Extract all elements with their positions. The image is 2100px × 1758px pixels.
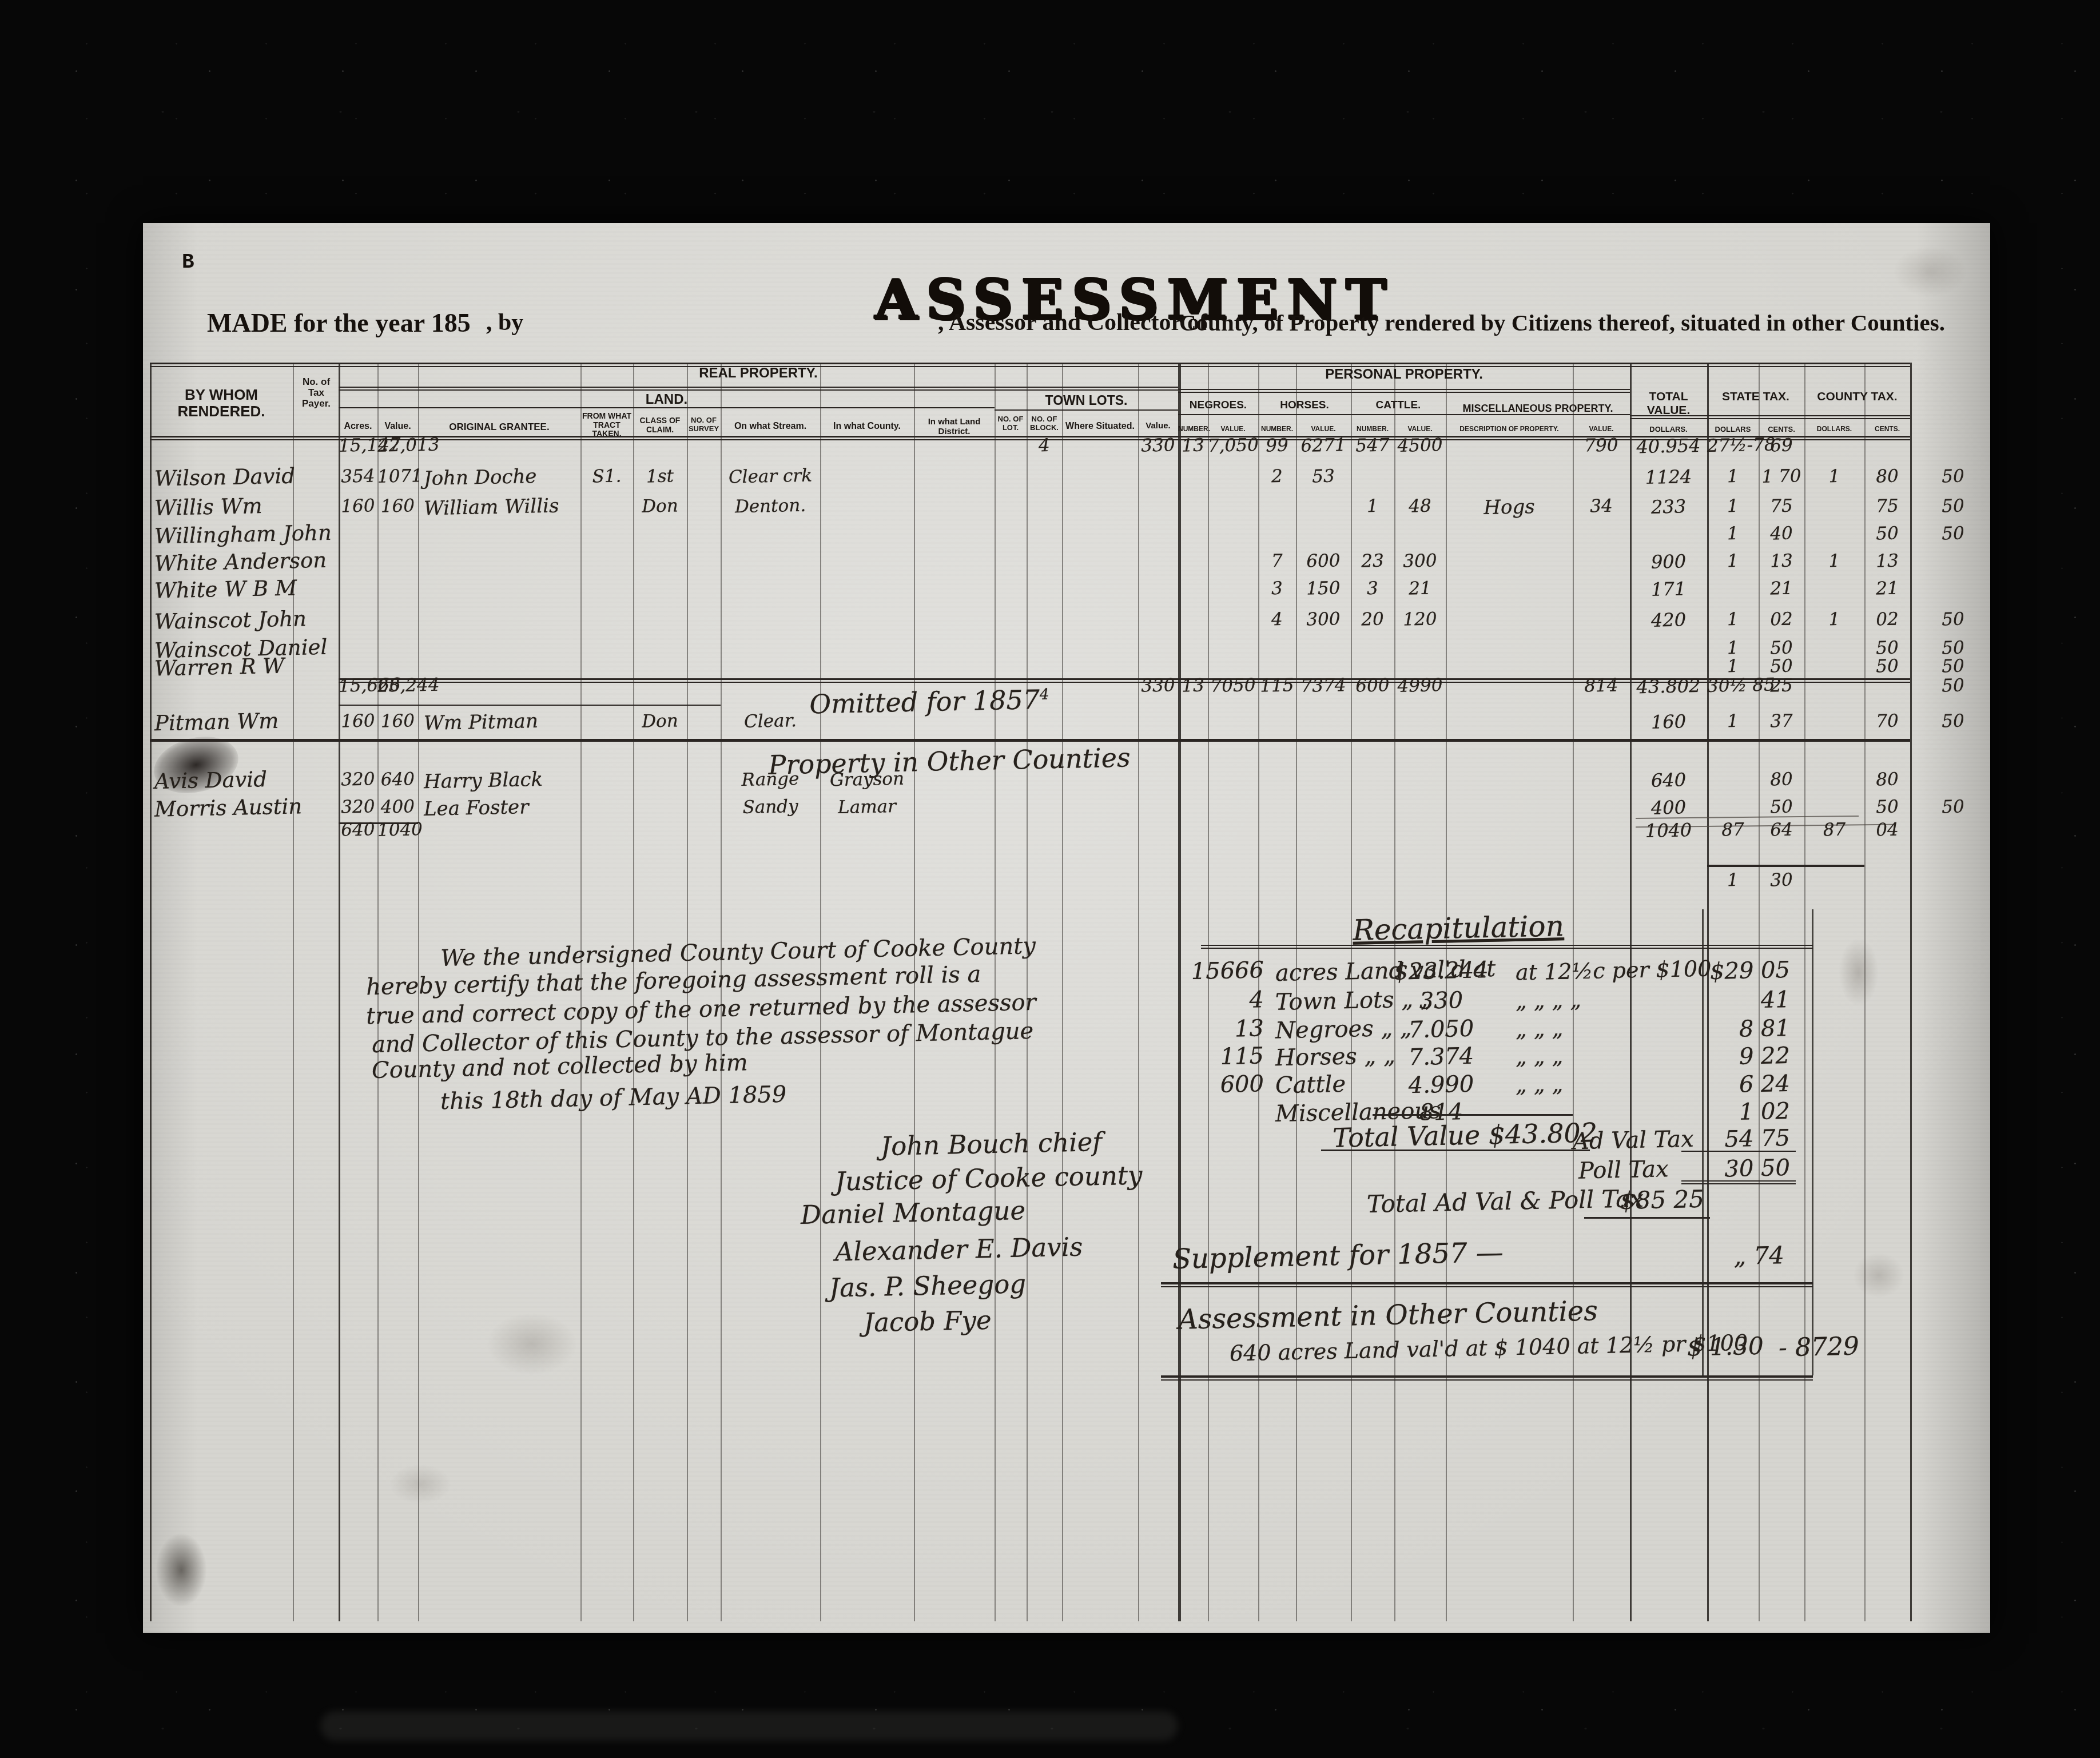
table-column-line [1910,363,1912,1621]
col-header-in_county: In what County. [820,421,914,432]
row-name-willis: Willis Wm [154,495,262,519]
cell-totals-margin: 50 [1916,677,1991,696]
cell-pitman-countyc: 70 [1864,712,1911,731]
cell-willis-statec: 75 [1759,497,1805,516]
cell-carry-stated: 27½-78 [1707,436,1759,455]
cell-totals-total: 43.802 [1630,677,1708,697]
cell-morris-acres: 320 [339,798,378,816]
cell-carry-horseno: 99 [1258,436,1296,455]
cell-pitman-acres: 160 [339,712,378,730]
cell-totals-stated: 30½ 85 [1707,677,1759,695]
stain [156,1533,207,1607]
cell-carry-cattleno: 547 [1351,436,1395,455]
col-header-desc_property: DESCRIPTION OF PROPERTY. [1446,425,1573,433]
col-header-value_small: VALUE. [1296,425,1351,433]
col-header-value_small: VALUE. [1208,425,1258,433]
cell-carry-horseval: 6271 [1296,436,1351,455]
row-name-warren: Warren R W [154,655,285,679]
col-header-stream: On what Stream. [721,421,820,432]
col-header-block: NO. OF BLOCK. [1027,415,1062,432]
table-rule [1681,1183,1796,1184]
table-column-line [1138,363,1139,1621]
cell-morris-value: 400 [377,798,419,816]
cell-carry-block: 4 [1027,436,1063,455]
col-header-taxpayer: No. of Tax Payer. [294,376,339,409]
table-column-line [1864,363,1866,1621]
cell-willis-stream: Denton. [721,496,821,516]
stain [1853,1252,1904,1298]
cell-pitman-value: 160 [377,712,419,730]
cell-willis-cattleval: 48 [1394,497,1446,516]
cell-sum-statec: 64 [1759,821,1805,840]
table-rule [150,739,1910,742]
recap-amount: 9 22 [1681,1044,1791,1069]
cell-wilson-value: 1071 [377,467,419,486]
cell-white_a-countyd: 1 [1804,552,1865,571]
recap-adval-amount: 54 75 [1681,1127,1791,1152]
col-header-misc_property: MISCELLANEOUS PROPERTY. [1446,403,1630,414]
cell-white_wbm-statec: 21 [1759,579,1805,598]
row-name-wilson: Wilson David [154,465,296,489]
cell-pitman-statec: 37 [1759,712,1805,731]
cell-warren-stated: 1 [1707,657,1759,676]
table-rule [1161,1379,1813,1381]
other-counties-amount: $ 1.30 [1687,1334,1764,1360]
cell-willis-clazz: Don [633,497,687,516]
cell-wilson-stream: Clear crk [721,467,821,487]
cell-totals-horseval: 7374 [1296,677,1351,695]
col-header-tract: FROM WHAT TRACT TAKEN. [580,412,633,439]
cell-warren-margin: 50 [1916,657,1991,677]
recap-amount: $29 05 [1681,958,1791,984]
row-name-morris: Morris Austin [154,796,303,820]
stain [1893,246,1967,297]
cell-totals-acres: 15,666 [339,677,378,695]
col-header-survey: NO. OF SURVEY [687,416,721,433]
recap-poll-amount: 30 50 [1681,1156,1791,1182]
cell-totals-negno: 13 [1178,677,1208,695]
recap-amount: 1 02 [1681,1100,1791,1125]
signature: Alexander E. Davis [835,1234,1083,1264]
cell-totals-value: 23,244 [377,677,419,695]
table-rule [1178,389,1630,390]
cell-white_a-statec: 13 [1759,552,1805,571]
table-rule [1630,418,1910,419]
cell-totals-negval: 7050 [1208,677,1259,695]
cell-white_wbm-horseval: 150 [1296,579,1351,598]
table-rule [339,387,1178,388]
table-column-line [150,363,152,1621]
recap-title: Recapitulation [1344,912,1573,945]
row-name-white_wbm: White W B M [154,577,297,601]
cell-wainscot_j-cattleval: 120 [1394,610,1446,629]
col-header-town_lots: TOWN LOTS. [995,393,1178,408]
col-header-dollars2: DOLLARS [1707,425,1759,434]
table-rule [1161,1282,1813,1284]
cell-wainscot_d-countyc: 50 [1864,639,1911,658]
cell-morris-grantee: Lea Foster [424,797,529,819]
recap-total-value: Total Value $43.802 [1333,1119,1598,1151]
stain [389,1464,452,1504]
col-header-cattle: CATTLE. [1351,399,1446,411]
cell-willingham-statec: 40 [1759,524,1805,543]
cell-wainscot_j-horseno: 4 [1258,610,1296,629]
col-header-by_whom: BY WHOM RENDERED. [150,387,293,420]
row-name-wainscot_j: Wainscot John [154,608,307,633]
omitted-superscript: 4 [1040,686,1049,703]
supplement-amount: „ 74 [1681,1243,1785,1270]
table-column-line [1062,363,1063,1621]
table-column-line [1630,363,1632,1621]
table-rule [1178,392,1630,393]
recap-amount: 6 24 [1681,1072,1791,1097]
cell-willingham-stated: 1 [1707,524,1759,543]
cell-extra_tax-statec: 30 [1759,871,1805,890]
cell-white_a-countyc: 13 [1864,552,1911,571]
cell-avis-acres: 320 [339,770,378,789]
cell-sum-acres: 640 [339,821,378,839]
stain [1839,938,1879,1007]
recap-adval-label: Ad Val Tax [1573,1128,1695,1153]
cell-wilson-horseno: 2 [1258,467,1296,486]
cell-wilson-statec: 1 70 [1759,467,1805,486]
supplement-label: Supplement for 1857 — [1172,1239,1504,1273]
col-header-state_tax: STATE TAX. [1707,390,1804,404]
other-counties-line: 640 acres Land val'd at $ 1040 at 12½ pr… [1230,1332,1748,1365]
col-header-negroes: NEGROES. [1178,399,1258,411]
cell-wilson-tract: S1. [580,467,634,486]
cell-totals-miscval: 814 [1573,677,1630,695]
col-header-value_small: VALUE. [1394,425,1446,433]
recap-rate: „ „ „ „ [1516,989,1582,1012]
cell-carry-negno: 13 [1178,436,1208,455]
cell-willis-miscdesc: Hogs [1446,496,1573,519]
cell-avis-total: 640 [1630,770,1708,790]
col-header-number: NUMBER. [1258,425,1296,433]
cell-wilson-countyd: 1 [1804,467,1865,486]
cell-wainscot_d-statec: 50 [1759,639,1805,658]
recap-amount: 8 81 [1681,1017,1791,1042]
col-header-dollars: DOLLARS. [1804,425,1864,433]
page-mark: B [182,250,194,274]
cell-white_wbm-cattleno: 3 [1351,579,1395,598]
cell-white_a-horseno: 7 [1258,552,1296,570]
recap-qty: 15666 [1172,958,1264,983]
cell-carry-value: 22,013 [377,436,419,455]
made-by-label: , by [486,309,523,336]
cell-carry-cattleval: 4500 [1394,436,1446,455]
cell-extra_tax-stated: 1 [1707,871,1759,890]
cell-willis-total: 233 [1630,497,1708,517]
cell-avis-statec: 80 [1759,770,1805,789]
photo-smear [320,1711,1178,1741]
cell-white_wbm-countyc: 21 [1864,579,1911,598]
cell-willis-cattleno: 1 [1351,497,1395,516]
cell-carry-statec: 69 [1759,436,1805,455]
table-rule [150,363,1910,364]
cell-white_wbm-total: 171 [1630,579,1708,599]
table-rule [1201,945,1813,946]
table-column-line [339,363,340,1621]
cell-pitman-grantee: Wm Pitman [424,711,538,733]
cell-totals-statec: 25 [1759,677,1805,695]
col-header-acres: Acres. [339,421,377,432]
signature: Jas. P. Sheegog [829,1271,1027,1300]
recap-amount: 41 [1681,988,1791,1013]
col-header-number: NUMBER. [1351,425,1394,433]
cell-sum-countyc: 04 [1864,821,1911,840]
cell-willis-countyc: 75 [1864,497,1911,516]
col-header-total_value: TOTAL VALUE. [1630,390,1707,417]
cell-willingham-margin: 50 [1916,524,1991,544]
other-counties-assessment-heading: Assessment in Other Counties [1178,1297,1598,1333]
cell-wainscot_j-total: 420 [1630,610,1708,630]
recap-rate: „ „ „ [1516,1045,1564,1068]
col-header-land: LAND. [339,392,995,408]
certificate-line: this 18th day of May AD 1859 [440,1083,787,1113]
cell-sum-value: 1040 [377,821,419,839]
cell-warren-countyc: 50 [1864,657,1911,676]
col-header-value: Value. [377,421,418,432]
cell-wilson-margin: 50 [1916,467,1991,487]
cell-sum-countyd: 87 [1804,821,1865,840]
cell-pitman-clazz: Don [633,712,687,731]
table-rule [1178,414,1630,415]
table-rule [1161,1286,1813,1287]
cell-warren-statec: 50 [1759,657,1805,676]
recap-qty: 115 [1172,1044,1264,1069]
cell-wainscot_d-margin: 50 [1916,639,1991,658]
cell-wainscot_j-countyc: 02 [1864,610,1911,629]
recap-value: 4.990 [1373,1072,1510,1097]
omitted-note: Omitted for 18574 [721,684,1139,719]
col-header-cents: CENTS. [1864,425,1910,433]
cell-wainscot_j-stated: 1 [1707,610,1759,629]
cell-white_a-cattleno: 23 [1351,552,1395,571]
recap-qty: 600 [1172,1072,1264,1097]
photograph-backdrop: { "page_mark": "B", "masthead": { "title… [0,0,2100,1758]
recap-rate: „ „ „ [1516,1017,1564,1040]
cell-totals-cattleval: 4990 [1394,677,1446,695]
col-header-lot_value: Value. [1138,421,1178,431]
col-header-dollars: DOLLARS. [1630,425,1707,434]
cell-wilson-grantee: John Doche [424,467,537,488]
col-header-district: In what Land District. [914,417,995,437]
signature: John Bouch chief [881,1129,1103,1159]
cell-willingham-countyc: 50 [1864,524,1911,543]
table-rule [1201,948,1813,949]
recap-item: Cattle [1275,1073,1346,1097]
cell-sum-stated: 87 [1707,821,1759,840]
recap-value: $23.244 [1373,958,1510,984]
cell-wainscot_j-statec: 02 [1759,610,1805,629]
table-rule [339,389,1178,391]
assessor-collector-label: , Assessor and Collector of [938,309,1207,336]
cell-morris-stream: Sandy [721,797,821,817]
cell-wainscot_j-margin: 50 [1916,610,1991,630]
cell-totals-horseno: 115 [1258,677,1296,695]
cell-pitman-margin: 50 [1916,712,1991,731]
cell-white_a-stated: 1 [1707,552,1759,571]
recap-rate: „ „ „ [1516,1073,1564,1096]
row-name-white_a: White Anderson [154,550,327,574]
county-property-label: County, of Property rendered by Citizens… [1179,309,1968,336]
cell-wainscot_j-cattleno: 20 [1351,610,1395,629]
col-header-class_claim: CLASS OF CLAIM. [633,416,687,434]
other-counties-heading: Property in Other Counties [721,743,1179,779]
row-name-willingham: Willingham John [154,522,332,547]
cell-wilson-acres: 354 [339,467,378,486]
cell-white_wbm-cattleval: 21 [1394,579,1446,598]
signature: Daniel Montague [801,1198,1026,1228]
cell-pitman-total: 160 [1630,712,1708,732]
recap-column-line [1812,909,1813,1375]
recap-grand-amount: $85 25 [1584,1187,1705,1214]
table-rule [1707,865,1864,867]
cell-sum-total: 1040 [1630,821,1708,841]
recap-value: 7.050 [1373,1016,1510,1042]
certificate-line: County and not collected by him [372,1051,748,1082]
cell-avis-countyc: 80 [1864,770,1911,789]
made-for-year-label: MADE for the year 185 [207,308,471,338]
cell-carry-lotval: 330 [1138,436,1179,455]
row-name-avis: Avis David [154,769,268,792]
col-header-lot: NO. OF LOT. [995,415,1027,432]
cell-wilson-horseval: 53 [1296,467,1351,486]
col-header-value_small: VALUE. [1573,425,1630,433]
recap-qty: 4 [1172,988,1264,1013]
cell-white_a-total: 900 [1630,552,1708,572]
table-rule [1584,1217,1710,1219]
cell-wilson-total: 1124 [1630,467,1708,487]
table-rule [1161,1375,1813,1378]
cell-willis-stated: 1 [1707,497,1759,516]
cell-willis-value: 160 [377,497,419,515]
cell-carry-total: 40.954 [1630,436,1708,456]
col-header-number: NUMBER. [1178,425,1208,433]
col-header-situated: Where Situated. [1062,421,1138,432]
cell-wainscot_d-stated: 1 [1707,639,1759,658]
signature: Jacob Fye [864,1307,992,1336]
table-rule [339,705,721,706]
cell-wainscot_j-horseval: 300 [1296,610,1351,629]
col-header-original_grantee: ORIGINAL GRANTEE. [418,421,580,432]
cell-wilson-clazz: 1st [633,467,687,486]
cell-willis-miscval: 34 [1573,497,1630,516]
other-counties-grand: - 8729 [1779,1334,1860,1361]
cell-carry-miscval: 790 [1573,436,1630,455]
assessment-roll-page: B ASSESSMENT MADE for the year 185 , by … [143,223,1990,1633]
cell-totals-cattleno: 600 [1351,677,1395,695]
cell-willis-grantee: William Willis [424,496,559,519]
cell-white_wbm-horseno: 3 [1258,579,1296,598]
cell-morris-total: 400 [1630,798,1708,818]
table-column-line [1804,363,1805,1621]
col-header-county_tax: COUNTY TAX. [1804,390,1910,404]
cell-willis-acres: 160 [339,497,378,515]
cell-willis-margin: 50 [1916,497,1991,516]
table-rule [995,409,1178,411]
row-name-pitman: Pitman Wm [154,710,279,734]
table-column-line [820,363,821,1621]
signature: Justice of Cooke county [835,1162,1143,1194]
recap-qty: 13 [1172,1017,1264,1041]
cell-carry-negval: 7,050 [1208,436,1259,455]
recap-poll-label: Poll Tax [1578,1158,1669,1182]
recap-qty [1172,1100,1264,1101]
cell-white_a-horseval: 600 [1296,552,1351,571]
cell-wilson-stated: 1 [1707,467,1759,486]
cell-morris-margin: 50 [1916,798,1991,817]
cell-wilson-countyc: 80 [1864,467,1911,486]
cell-morris-statec: 50 [1759,798,1805,817]
cell-totals-lotval: 330 [1138,677,1179,695]
cell-avis-value: 640 [377,770,419,789]
cell-white_a-cattleval: 300 [1394,552,1446,571]
cell-carry-acres: 15,147 [339,436,378,455]
col-header-cents: CENTS. [1759,425,1804,434]
col-header-real_property: REAL PROPERTY. [339,366,1178,381]
cell-avis-grantee: Harry Black [424,770,543,792]
cell-morris-countyc: 50 [1864,798,1911,817]
cell-morris-county: Lamar [820,797,914,817]
cell-pitman-stated: 1 [1707,712,1759,731]
recap-value: 7.374 [1373,1044,1510,1069]
recap-value: 330 [1373,988,1510,1013]
col-header-personal_property: PERSONAL PROPERTY. [1178,367,1630,383]
cell-wainscot_j-countyd: 1 [1804,610,1865,629]
stain [486,1312,578,1375]
col-header-horses: HORSES. [1258,399,1351,411]
